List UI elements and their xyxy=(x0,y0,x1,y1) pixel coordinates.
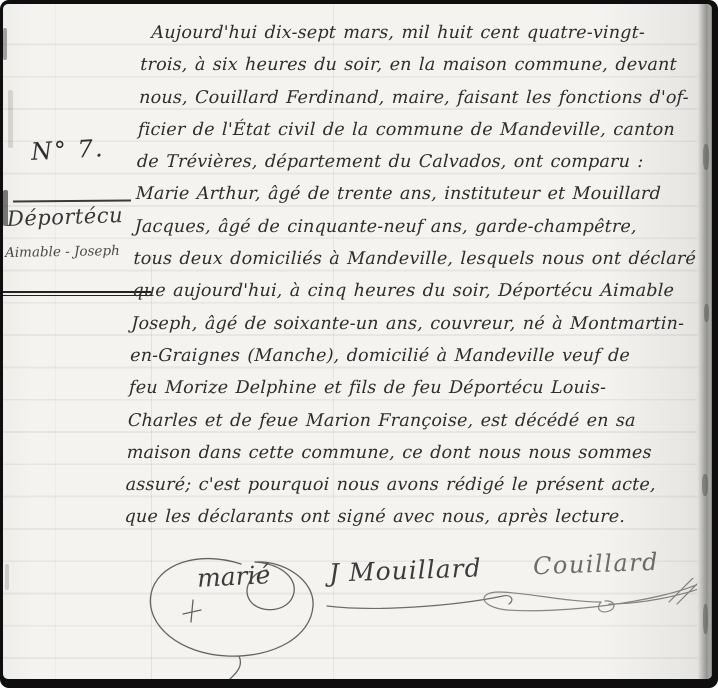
scanned-document-frame: N° 7. Déportécu Aimable - Joseph Aujourd… xyxy=(0,0,718,688)
act-body-line: que les déclarants ont signé avec nous, … xyxy=(124,501,703,533)
page-crease xyxy=(55,4,56,679)
scan-smudge xyxy=(5,564,9,590)
act-body-line: ficier de l'État civil de la commune de … xyxy=(138,114,712,146)
act-body-line: trois, à six heures du soir, en la maiso… xyxy=(140,49,712,81)
act-body-text: Aujourd'hui dix-sept mars, mil huit cent… xyxy=(124,17,712,534)
act-body-line: feu Morize Delphine et fils de feu Dépor… xyxy=(128,372,707,404)
scan-smudge xyxy=(3,28,7,60)
act-body-line: Joseph, âgé de soixante-un ans, couvreur… xyxy=(131,308,710,340)
signature-mouillard: J Mouillard xyxy=(329,553,482,587)
act-body-line: Jacques, âgé de cinquante-neuf ans, gard… xyxy=(134,211,712,243)
act-body-line: tous deux domiciliés à Mandeville, lesqu… xyxy=(133,243,712,275)
signature-marie: marié xyxy=(196,560,271,593)
act-body-line: Aujourd'hui dix-sept mars, mil huit cent… xyxy=(141,17,712,49)
mouillard-signature-flourish xyxy=(325,592,520,614)
couillard-signature-flourish xyxy=(471,578,711,620)
page-edge-mark xyxy=(703,144,709,170)
page-edge-shadow xyxy=(697,4,712,679)
page-edge-mark xyxy=(702,474,708,496)
margin-rule xyxy=(13,199,131,202)
act-body-line: nous, Couillard Ferdinand, maire, faisan… xyxy=(139,82,712,114)
act-body-line: Marie Arthur, âgé de trente ans, institu… xyxy=(135,178,712,210)
act-body-line: Charles et de feue Marion Françoise, est… xyxy=(127,405,706,437)
scan-smudge xyxy=(8,90,13,148)
act-body-line: de Trévières, département du Calvados, o… xyxy=(136,146,712,178)
act-body-line: assuré; c'est pourquoi nous avons rédigé… xyxy=(125,469,704,501)
act-body-line: maison dans cette commune, ce dont nous … xyxy=(126,437,705,469)
act-body-line: en-Graignes (Manche), domicilié à Mandev… xyxy=(130,340,709,372)
page-edge-mark xyxy=(703,604,708,634)
act-body-line: que aujourd'hui, à cinq heures du soir, … xyxy=(132,275,711,307)
act-number: N° 7. xyxy=(30,134,105,166)
page-edge-mark xyxy=(704,304,709,322)
register-page: N° 7. Déportécu Aimable - Joseph Aujourd… xyxy=(3,4,712,679)
margin-double-rule xyxy=(3,291,151,296)
signature-couillard: Couillard xyxy=(533,548,660,580)
margin-deceased-given-names: Aimable - Joseph xyxy=(5,243,120,261)
margin-deceased-surname: Déportécu xyxy=(7,203,124,231)
